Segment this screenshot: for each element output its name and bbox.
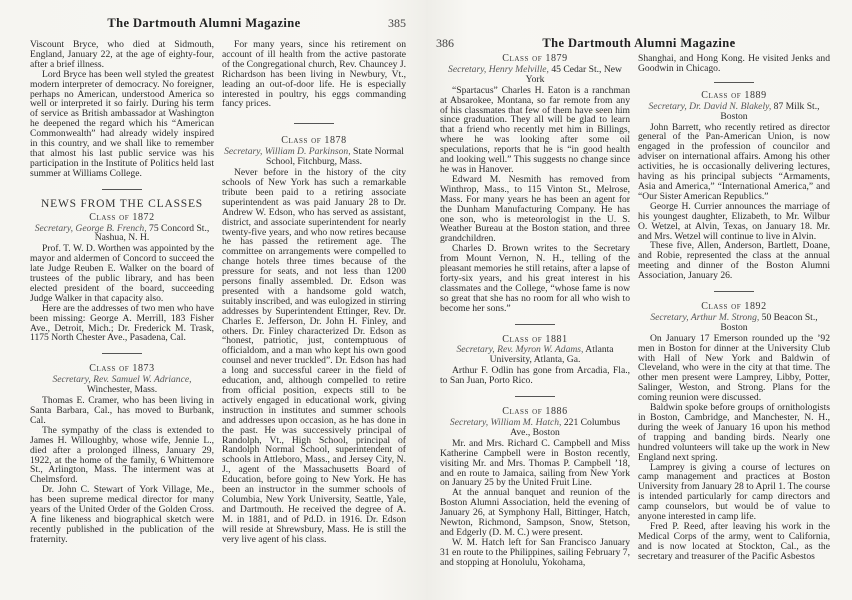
paragraph: On January 17 Emerson rounded up the ’92… (638, 334, 830, 403)
paragraph: Viscount Bryce, who died at Sidmouth, En… (30, 40, 214, 70)
paragraph: George H. Currier announces the marriage… (638, 202, 830, 242)
section-divider (714, 82, 754, 83)
class-heading: Class of 1892 (638, 302, 830, 312)
paragraph: W. M. Hatch left for San Francisco Janua… (440, 538, 630, 568)
class-heading: Class of 1872 (30, 213, 214, 223)
right-page-column-2: Shanghai, and Hong Kong. He visited Jenk… (638, 54, 830, 562)
paragraph: Fred P. Reed, after leaving his work in … (638, 522, 830, 562)
class-secretary: Secretary, Rev. Samuel W. Adriance, Winc… (30, 375, 214, 395)
section-divider (714, 291, 754, 292)
paragraph: John Barrett, who recently retired as di… (638, 123, 830, 202)
paragraph: “Spartacus” Charles H. Eaton is a ranchm… (440, 86, 630, 175)
paragraph: Here are the addresses of two men who ha… (30, 304, 214, 344)
section-title: NEWS FROM THE CLASSES (30, 200, 214, 210)
left-page-column-1: Viscount Bryce, who died at Sidmouth, En… (30, 40, 214, 545)
page-386: 386 The Dartmouth Alumni Magazine : Clas… (426, 0, 852, 600)
class-heading: Class of 1889 (638, 91, 830, 101)
section-divider (102, 189, 142, 190)
class-heading: Class of 1878 (222, 136, 406, 146)
paragraph: Arthur F. Odlin has gone from Arcadia, F… (440, 366, 630, 386)
section-divider (102, 353, 142, 354)
paragraph: Never before in the history of the city … (222, 168, 406, 544)
class-secretary: Secretary, Dr. David N. Blakely, 87 Milk… (638, 102, 830, 122)
section-divider (294, 123, 334, 124)
class-heading: Class of 1881 (440, 335, 630, 345)
class-secretary: Secretary, George B. French, 75 Concord … (30, 224, 214, 244)
paragraph: Edward M. Nesmith has removed from Winth… (440, 175, 630, 244)
class-secretary: Secretary, Rev. Myron W. Adams, Atlanta … (440, 345, 630, 365)
paragraph: Lamprey is giving a course of lectures o… (638, 463, 830, 522)
magazine-spread: The Dartmouth Alumni Magazine 385 Viscou… (0, 0, 852, 600)
paragraph: Mr. and Mrs. Richard C. Campbell and Mis… (440, 439, 630, 489)
paragraph: Shanghai, and Hong Kong. He visited Jenk… (638, 54, 830, 74)
class-secretary: Secretary, William D. Parkinson, State N… (222, 147, 406, 167)
paragraph: For many years, since his retirement on … (222, 40, 406, 109)
paragraph: Baldwin spoke before groups of ornitholo… (638, 403, 830, 462)
paragraph: The sympathy of the class is extended to… (30, 426, 214, 485)
paragraph: Prof. T. W. D. Worthen was appointed by … (30, 244, 214, 303)
paragraph: These five, Allen, Anderson, Bartlett, D… (638, 241, 830, 281)
paragraph: Dr. John C. Stewart of York Village, Me.… (30, 485, 214, 544)
paragraph: At the annual banquet and reunion of the… (440, 488, 630, 538)
running-head-mark: : (731, 36, 734, 51)
left-page-column-2: For many years, since his retirement on … (222, 40, 406, 545)
class-heading: Class of 1879 (440, 54, 630, 64)
page-number: 385 (388, 16, 406, 31)
class-heading: Class of 1873 (30, 364, 214, 374)
class-secretary: Secretary, Henry Melville, 45 Cedar St.,… (440, 65, 630, 85)
class-heading: Class of 1886 (440, 407, 630, 417)
paragraph: Charles D. Brown writes to the Secretary… (440, 244, 630, 313)
class-secretary: Secretary, William M. Hatch, 221 Columbu… (440, 418, 630, 438)
section-divider (515, 324, 555, 325)
secretary-address: Winchester, Mass. (87, 384, 157, 395)
section-divider (515, 396, 555, 397)
right-page-column-1: Class of 1879 Secretary, Henry Melville,… (440, 54, 630, 568)
paragraph: Thomas E. Cramer, who has been living in… (30, 396, 214, 426)
paragraph: Lord Bryce has been well styled the grea… (30, 70, 214, 179)
secretary-name: Secretary, Dr. David N. Blakely, (649, 101, 772, 112)
running-head: The Dartmouth Alumni Magazine (426, 36, 852, 50)
class-secretary: Secretary, Arthur M. Strong, 50 Beacon S… (638, 313, 830, 333)
page-385: The Dartmouth Alumni Magazine 385 Viscou… (0, 0, 426, 600)
running-head: The Dartmouth Alumni Magazine (0, 16, 408, 30)
